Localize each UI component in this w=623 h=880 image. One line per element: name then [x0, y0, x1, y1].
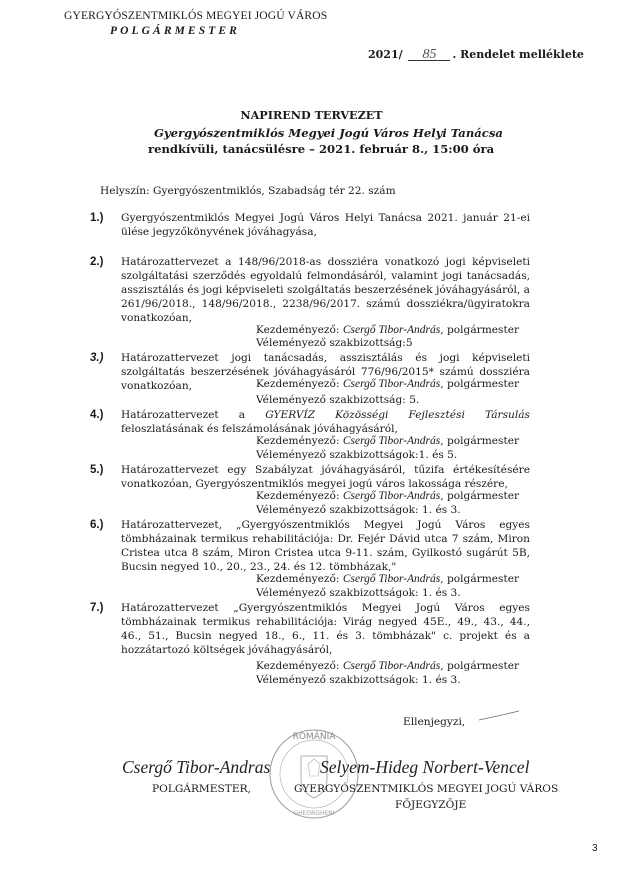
agenda-number: 6.) — [90, 518, 103, 532]
agenda-item-5: 5.) Határozattervezet egy Szabályzat jóv… — [90, 463, 530, 491]
initiator-name: Csergő Tibor-András — [343, 435, 440, 447]
mayor-signature: Csergő Tibor-Andras — [122, 757, 270, 778]
committee-line: Véleményező szakbizottságok:1. és 5. — [256, 449, 457, 461]
decree-reference: 2021/ 85. Rendelet melléklete — [368, 47, 584, 63]
committee-line: Véleményező szakbizottságok: 1. és 3. — [256, 674, 461, 686]
initiator-name: Csergő Tibor-András — [343, 573, 440, 585]
initiator-name: Csergő Tibor-András — [343, 490, 440, 502]
header-office: POLGÁRMESTER — [110, 25, 240, 37]
committee-line: Véleményező szakbizottság: 5. — [256, 394, 419, 406]
countersign-scribble-icon — [478, 710, 520, 722]
agenda-number: 5.) — [90, 463, 103, 477]
initiator-line: Kezdeményező: Csergő Tibor-András, polgá… — [256, 324, 519, 336]
agenda-item-7: 7.) Határozattervezet „Gyergyószentmikló… — [90, 601, 530, 657]
countersign-label: Ellenjegyzi, — [403, 716, 465, 728]
mayor-title: POLGÁRMESTER, — [152, 783, 251, 795]
council-name: Gyergyószentmiklós Megyei Jogú Város Hel… — [154, 126, 503, 140]
agenda-number: 2.) — [90, 255, 103, 269]
page-number: 3 — [592, 843, 598, 854]
agenda-number: 4.) — [90, 408, 103, 422]
agenda-text: Határozattervezet egy Szabályzat jóváhag… — [121, 463, 530, 491]
meeting-date: rendkívüli, tanácsülésre – 2021. február… — [148, 142, 494, 156]
agenda-number: 7.) — [90, 601, 103, 615]
agenda-text: Határozattervezet „Gyergyószentmiklós Me… — [121, 601, 530, 657]
initiator-line: Kezdeményező: Csergő Tibor-András, polgá… — [256, 573, 519, 585]
initiator-line: Kezdeményező: Csergő Tibor-András, polgá… — [256, 435, 519, 447]
meeting-location: Helyszín: Gyergyószentmiklós, Szabadság … — [100, 185, 396, 197]
committee-line: Véleményező szakbizottság:5 — [256, 337, 413, 349]
notary-signature: Selyem-Hideg Norbert-Vencel — [320, 757, 529, 778]
decree-year: 2021/ — [368, 48, 403, 61]
agenda-text: Határozattervezet, „Gyergyószentmiklós M… — [121, 518, 530, 574]
document-title: NAPIREND TERVEZET — [0, 108, 623, 122]
agenda-number: 1.) — [90, 211, 103, 225]
agenda-item-4: 4.) Határozattervezet a GYERVÍZ Közösség… — [90, 408, 530, 436]
decree-number-handwritten: 85 — [406, 47, 452, 63]
initiator-name: Csergő Tibor-András — [343, 378, 440, 390]
svg-text:GHEORGHENI: GHEORGHENI — [293, 810, 334, 817]
agenda-text: Határozattervezet a GYERVÍZ Közösségi Fe… — [121, 408, 530, 436]
initiator-name: Csergő Tibor-András — [343, 324, 440, 336]
initiator-line: Kezdeményező: Csergő Tibor-András, polgá… — [256, 490, 519, 502]
agenda-item-6: 6.) Határozattervezet, „Gyergyószentmikl… — [90, 518, 530, 574]
committee-line: Véleményező szakbizottságok: 1. és 3. — [256, 587, 461, 599]
association-name: GYERVÍZ Közösségi Fejlesztési Társulás — [265, 409, 530, 421]
notary-title-line2: FŐJEGYZŐJE — [395, 799, 466, 811]
committee-line: Véleményező szakbizottságok: 1. és 3. — [256, 504, 461, 516]
agenda-text: Gyergyószentmiklós Megyei Jogú Város Hel… — [121, 211, 530, 239]
initiator-line: Kezdeményező: Csergő Tibor-András, polgá… — [256, 660, 519, 672]
agenda-item-1: 1.) Gyergyószentmiklós Megyei Jogú Város… — [90, 211, 530, 239]
initiator-name: Csergő Tibor-András — [343, 660, 440, 672]
decree-suffix: . Rendelet melléklete — [452, 48, 583, 61]
header-city: GYERGYÓSZENTMIKLÓS MEGYEI JOGÚ VÁROS — [64, 9, 327, 22]
agenda-item-2: 2.) Határozattervezet a 148/96/2018-as d… — [90, 255, 530, 325]
notary-title: GYERGYÓSZENTMIKLÓS MEGYEI JOGÚ VÁROS — [294, 783, 558, 795]
svg-text:ROMÂNIA: ROMÂNIA — [293, 730, 337, 742]
agenda-number: 3.) — [90, 351, 103, 365]
initiator-line: Kezdeményező: Csergő Tibor-András, polgá… — [256, 378, 519, 390]
agenda-text: Határozattervezet a 148/96/2018-as dossz… — [121, 255, 530, 325]
